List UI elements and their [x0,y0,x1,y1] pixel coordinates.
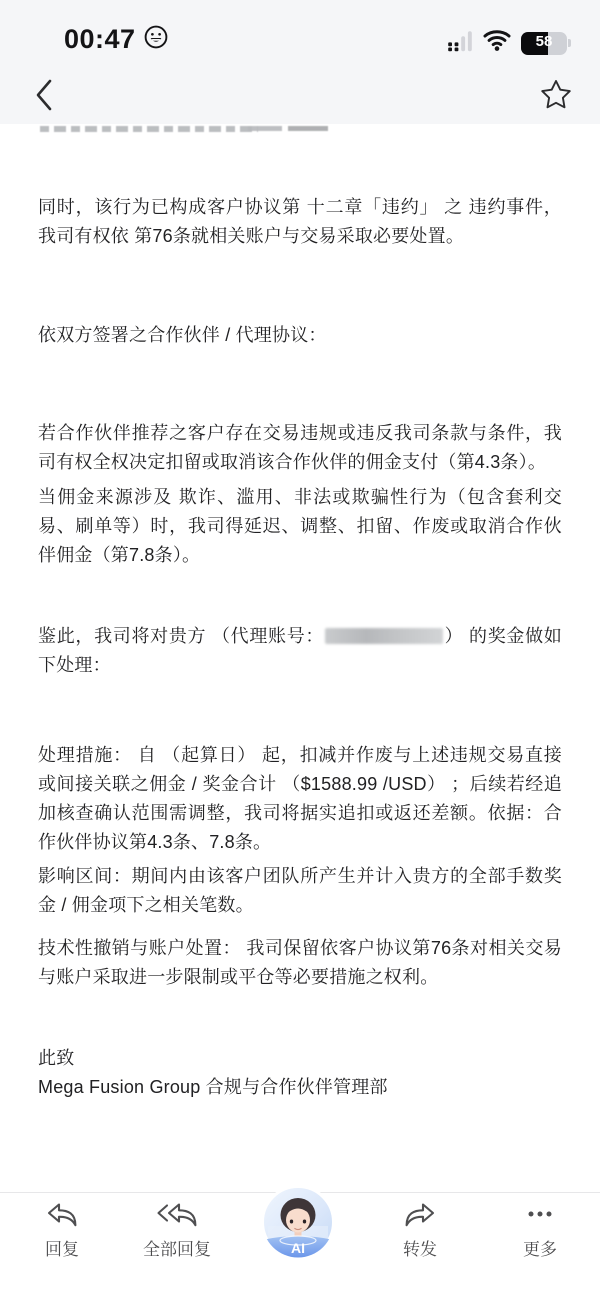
status-bar: 00:47 [0,0,600,62]
more-dots-icon [523,1201,557,1228]
battery-percent: 58 [521,33,567,50]
reply-all-arrow-icon [155,1201,199,1228]
nav-bar [0,62,600,124]
paragraph-technical-reversal: 技术性撤销与账户处置： 我司保留依客户协议第76条对相关交易与账户采取进一步限制… [38,934,562,992]
paragraph-clause-7-8: 当佣金来源涉及 欺诈、滥用、非法或欺骗性行为（包含套利交易、刷单等）时，我司得延… [38,483,562,570]
forward-label: 转发 [403,1235,437,1260]
redacted-account-number [325,628,443,644]
paragraph-breach-clause: 同时，该行为已构成客户协议第 十二章「违约」 之 违约事件，我司有权依 第76条… [38,193,562,251]
paragraph-account-notice: 鉴此，我司将对贵方 （代理账号：） 的奖金做如下处理： [38,622,562,680]
paragraph-agreement-intro: 依双方签署之合作伙伴 / 代理协议： [38,321,562,350]
more-label: 更多 [523,1235,557,1260]
battery-cap [568,39,571,47]
ai-assistant-button[interactable]: AI [260,1184,336,1260]
reply-arrow-icon [45,1201,79,1228]
closing-signature: Mega Fusion Group 合规与合作伙伴管理部 [38,1073,562,1102]
mail-reader-screen: 00:47 [0,0,600,1301]
reply-all-label: 全部回复 [143,1235,211,1260]
paragraph-affected-scope: 影响区间：期间内由该客户团队所产生并计入贵方的全部手数奖金 / 佣金项下之相关笔… [38,862,562,920]
forward-arrow-icon [403,1201,437,1228]
closing-salute: 此致 [38,1044,562,1073]
star-icon [539,78,573,111]
smiley-face-icon [143,24,169,55]
paragraph-measures: 处理措施： 自 （起算日） 起，扣减并作废与上述违规交易直接或间接关联之佣金 /… [38,741,562,857]
favorite-button[interactable] [536,74,576,114]
ai-label: AI [291,1240,305,1256]
more-button[interactable]: 更多 [523,1201,557,1260]
back-button[interactable] [26,76,62,114]
clock-time: 00:47 [64,24,136,55]
bottom-toolbar: 回复 全部回复 [0,1192,600,1301]
reply-button[interactable]: 回复 [45,1201,79,1260]
paragraph-clause-4-3: 若合作伙伴推荐之客户存在交易违规或违反我司条款与条件，我司有权全权决定扣留或取消… [38,419,562,477]
header: 00:47 [0,0,600,124]
cellular-signal-icon [447,29,473,57]
chevron-left-icon [35,78,53,112]
ai-avatar-icon: AI [260,1184,336,1260]
account-notice-before: 鉴此，我司将对贵方 （代理账号： [38,626,324,646]
battery-indicator: 58 [521,32,567,55]
clipped-text-line [40,126,258,132]
closing-block: 此致 Mega Fusion Group 合规与合作伙伴管理部 [38,1044,562,1102]
forward-button[interactable]: 转发 [403,1201,437,1260]
reply-label: 回复 [45,1235,79,1260]
wifi-icon [482,29,512,57]
reply-all-button[interactable]: 全部回复 [143,1201,211,1260]
